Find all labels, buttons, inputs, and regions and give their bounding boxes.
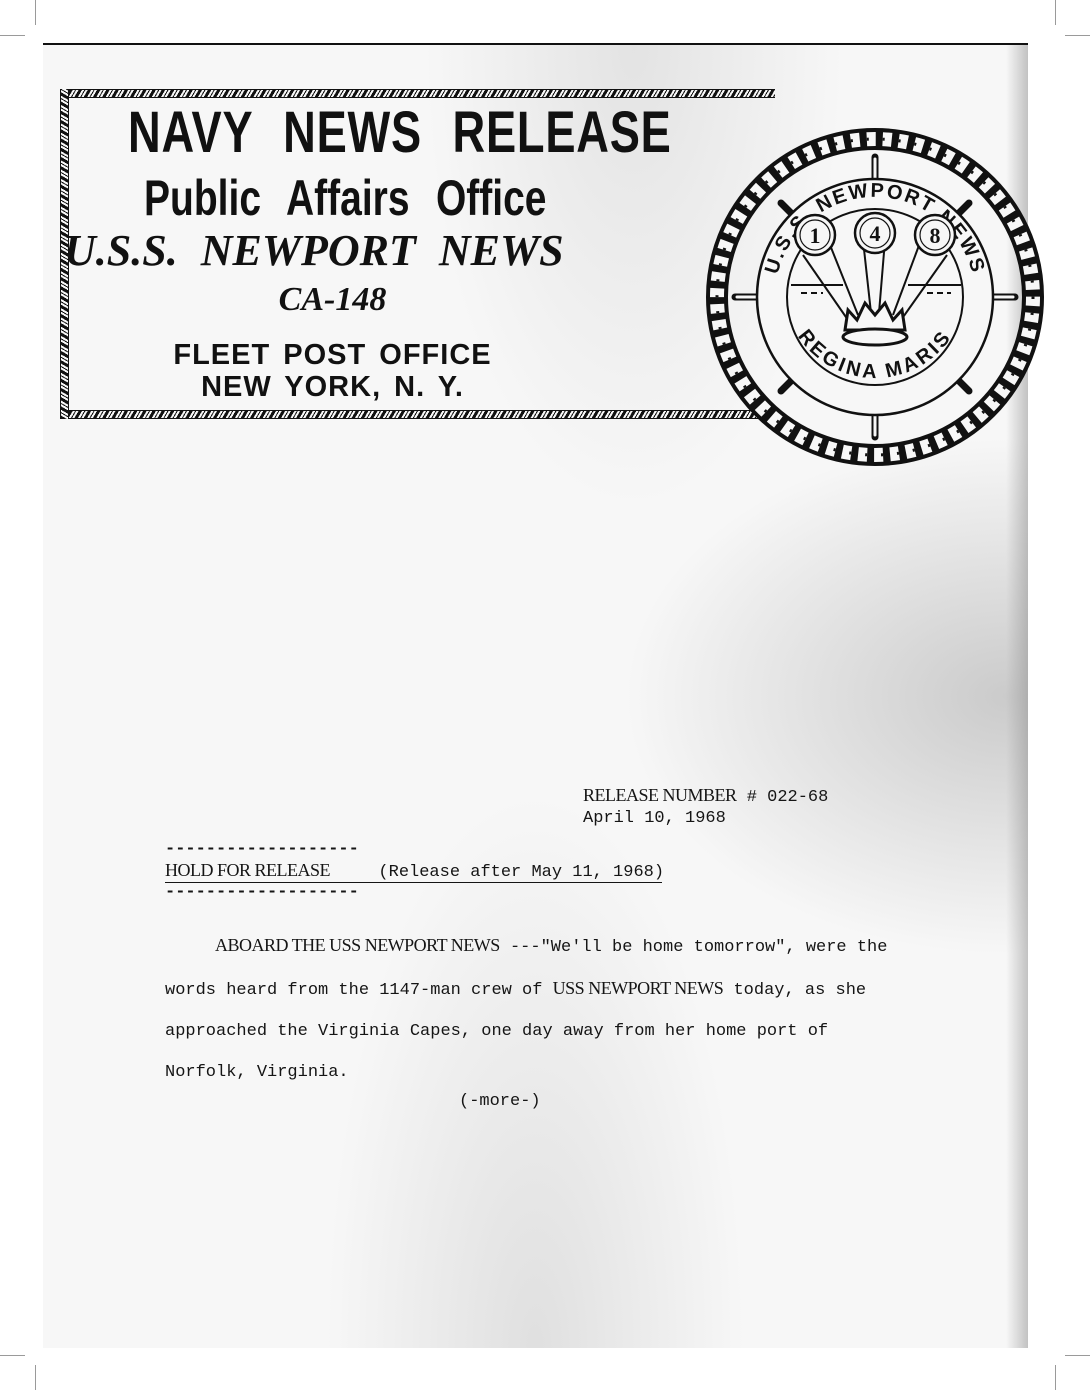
divider-dashes-bottom: ------------------- <box>165 886 664 900</box>
hold-notice: ------------------- HOLD FOR RELEASE (Re… <box>165 843 664 900</box>
body-line-4: Norfolk, Virginia. <box>165 1052 905 1093</box>
letterhead-office: Public Affairs Office <box>144 169 547 227</box>
body-line-3: approached the Virginia Capes, one day a… <box>165 1011 905 1052</box>
crop-mark <box>1055 1365 1056 1390</box>
crop-mark <box>0 1355 25 1356</box>
letterhead-ship-name: U.S.S. NEWPORT NEWS <box>64 225 564 276</box>
rope-border-bottom <box>60 410 775 419</box>
letterhead-address: FLEET POST OFFICE NEW YORK, N. Y. <box>60 339 605 403</box>
address-line-1: FLEET POST OFFICE <box>60 339 605 371</box>
svg-text:1: 1 <box>810 223 821 248</box>
crop-mark <box>1065 35 1090 36</box>
crop-mark <box>1065 1355 1090 1356</box>
svg-text:8: 8 <box>930 223 941 248</box>
release-info: RELEASE NUMBER # 022-68 April 10, 1968 <box>583 785 828 829</box>
scanned-page: NAVY NEWS RELEASE Public Affairs Office … <box>43 43 1028 1348</box>
divider-dashes-top: ------------------- <box>165 843 664 857</box>
release-number: RELEASE NUMBER # 022-68 <box>583 785 828 808</box>
hold-note: (Release after May 11, 1968) <box>378 863 664 882</box>
crop-mark <box>0 35 25 36</box>
release-number-value: # 022-68 <box>747 788 829 807</box>
ship-seal: U.S.S. NEWPORT NEWS REGINA MARIS <box>703 125 1048 470</box>
release-number-label: RELEASE NUMBER <box>583 785 737 805</box>
crop-mark <box>35 0 36 25</box>
crop-mark <box>1055 0 1056 25</box>
ship-wheel-rope-seal-icon: U.S.S. NEWPORT NEWS REGINA MARIS <box>703 125 1048 470</box>
crop-mark <box>35 1365 36 1390</box>
rope-border-top <box>60 89 775 98</box>
release-date: April 10, 1968 <box>583 808 828 829</box>
svg-text:4: 4 <box>870 221 881 246</box>
letterhead: NAVY NEWS RELEASE Public Affairs Office … <box>60 89 775 419</box>
hold-line: HOLD FOR RELEASE (Release after May 11, … <box>165 857 664 886</box>
hold-label: HOLD FOR RELEASE <box>165 860 330 880</box>
body-paragraph: ABOARD THE USS NEWPORT NEWS ---"We'll be… <box>165 925 905 1093</box>
body-line-1: ABOARD THE USS NEWPORT NEWS ---"We'll be… <box>165 925 905 968</box>
letterhead-title: NAVY NEWS RELEASE <box>128 99 526 166</box>
more-indicator: (-more-) <box>459 1092 541 1111</box>
hold-underline <box>165 882 662 884</box>
body-line-2: words heard from the 1147-man crew of US… <box>165 968 905 1011</box>
address-line-2: NEW YORK, N. Y. <box>60 371 605 403</box>
letterhead-hull-number: CA-148 <box>60 281 605 319</box>
